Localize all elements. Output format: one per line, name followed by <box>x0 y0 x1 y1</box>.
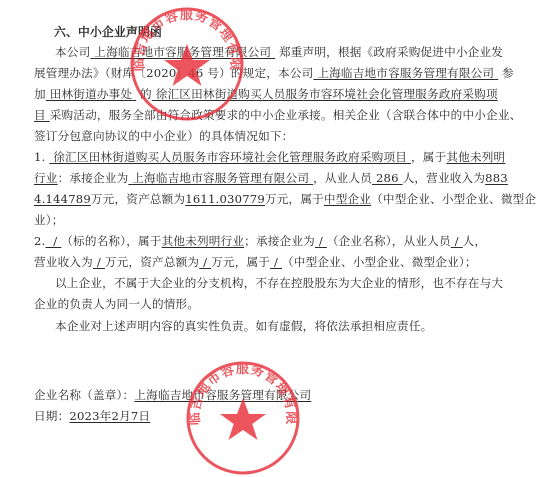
revenue: 883 <box>485 171 508 185</box>
text: 万元，属于 <box>265 192 324 206</box>
revenue: 4.144789 <box>34 192 91 206</box>
text: 企业的负责人为同一人的情形。 <box>34 297 199 311</box>
text: （中型企业、小型企业、微型企 <box>371 192 536 206</box>
industry: 其他未列明行业 <box>162 234 245 248</box>
text: 采购活动，服务全部由符合政策要求的中小企业承接。相关企业（含联合体中的中小企业、 <box>50 108 522 122</box>
industry: 其他未列明 <box>446 150 505 164</box>
text: 以上企业，不属于大企业的分支机构，不存在控股股东为大企业的情形，也不存在与大 <box>55 276 503 290</box>
text: ，属于 <box>411 150 446 164</box>
signature-company: 上海临吉地市容服务管理有限公司 <box>134 388 311 402</box>
item1-line3: 4.144789万元，资产总额为1611.030779万元，属于中型企业（中型企… <box>34 192 536 206</box>
company-name: 上海临吉地市容服务管理有限公司 <box>94 45 271 59</box>
item1-line2: 行业：承接企业为 上海临吉地市容服务管理有限公司 ，从业人员 286 人，营业收… <box>34 171 508 185</box>
signature-date: 2023年2月7日 <box>69 409 150 423</box>
text: ：承接企业为 <box>58 171 129 185</box>
text: 人，营业收入为 <box>403 171 486 185</box>
enterprise-scale: 中型企业 <box>324 192 371 206</box>
staff-count: 286 <box>376 171 399 185</box>
date-label: 日期： <box>34 409 69 423</box>
blank-field: / <box>53 234 57 248</box>
text: 人， <box>463 234 487 248</box>
signature-date-line: 日期：2023年2月7日 <box>34 409 150 423</box>
company-seal-icon: 上海临吉地市容服务管理有限公司 <box>127 4 247 124</box>
text: 郑重声明，根据《政府采购促进中小企业发 <box>279 45 503 59</box>
para1-line4: 目 采购活动，服务全部由符合政策要求的中小企业承接。相关企业（含联合体中的中小企… <box>34 108 521 122</box>
company-name: 上海临吉地市容服务管理有限公司 <box>132 171 309 185</box>
industry: 行业 <box>34 171 58 185</box>
para3-line2: 企业的负责人为同一人的情形。 <box>34 297 199 311</box>
total-assets: 1611.030779 <box>185 192 265 206</box>
text: 本企业对上述声明内容的真实性负责。如有虚假，将依法承担相应责任。 <box>55 319 432 333</box>
item1-line1: 1. 徐汇区田林街道购买人员服务市容环境社会化管理服务政府采购项目 ，属于其他未… <box>34 150 505 164</box>
blank-field: / <box>274 255 278 269</box>
text: 万元，资产总额为 <box>91 192 185 206</box>
item-number: 1. <box>34 150 45 164</box>
text: 参 <box>502 66 514 80</box>
project-name: 徐汇区田林街道购买人员服务市容环境社会化管理服务政府采购项目 <box>53 150 407 164</box>
text: 业）； <box>34 213 64 227</box>
text: 的 <box>140 87 152 101</box>
para4-line: 本企业对上述声明内容的真实性负责。如有虚假，将依法承担相应责任。 <box>55 319 432 333</box>
company-seal-icon: 上海临吉地市容服务管理有限公司 <box>183 358 303 477</box>
project-name-end: 目 <box>34 108 46 122</box>
text: 万元，属于 <box>211 255 270 269</box>
document-title: 六、中小企业声明函 <box>54 25 162 39</box>
text: 本公司 <box>55 45 90 59</box>
text: 万元，资产总额为 <box>105 255 199 269</box>
para3-line1: 以上企业，不属于大企业的分支机构，不存在控股股东为大企业的情形，也不存在与大 <box>55 276 503 290</box>
text: （中型企业、小型企业、微型企业）； <box>282 255 477 269</box>
para1-line2: 展管理办法》（财库〔2020〕46 号）的规定，本公司 上海临吉地市容服务管理有… <box>34 66 514 80</box>
text: ，从业人员 <box>313 171 372 185</box>
para1-line3: 加 田林街道办事处 的 徐汇区田林街道购买人员服务市容环境社会化管理服务政府采购… <box>34 87 498 101</box>
text: 签订分包意向协议的中小企业）的具体情况如下： <box>34 129 293 143</box>
item1-line4: 业）； <box>34 213 64 227</box>
signature-label: 企业名称（盖章）： <box>34 388 134 402</box>
para1-line1: 本公司 上海临吉地市容服务管理有限公司 郑重声明，根据《政府采购促进中小企业发 <box>55 45 503 59</box>
declaration-page: 六、中小企业声明函 本公司 上海临吉地市容服务管理有限公司 郑重声明，根据《政府… <box>0 0 538 477</box>
item2-line1: 2. / （标的名称），属于其他未列明行业；承接企业为 / （企业名称），从业人… <box>34 234 486 248</box>
text: （企业名称），从业人员 <box>327 234 451 248</box>
agency-name: 田林街道办事处 <box>50 87 133 101</box>
signature-company-line: 企业名称（盖章）：上海临吉地市容服务管理有限公司 <box>34 388 311 402</box>
item-number: 2. <box>34 234 45 248</box>
text: 营业收入为 <box>34 255 93 269</box>
company-name: 上海临吉地市容服务管理有限公司 <box>317 66 494 80</box>
para1-line5: 签订分包意向协议的中小企业）的具体情况如下： <box>34 129 293 143</box>
project-name: 徐汇区田林街道购买人员服务市容环境社会化管理服务政府采购项 <box>156 87 498 101</box>
text: 加 <box>34 87 46 101</box>
text: ；承接企业为 <box>244 234 315 248</box>
text: 展管理办法》（财库〔2020〕46 号）的规定，本公司 <box>34 66 313 80</box>
blank-field: / <box>97 255 101 269</box>
blank-field: / <box>203 255 207 269</box>
item2-line2: 营业收入为 / 万元，资产总额为 / 万元，属于 / （中型企业、小型企业、微型… <box>34 255 477 269</box>
blank-field: / <box>319 234 323 248</box>
text: （标的名称），属于 <box>61 234 161 248</box>
blank-field: / <box>455 234 459 248</box>
